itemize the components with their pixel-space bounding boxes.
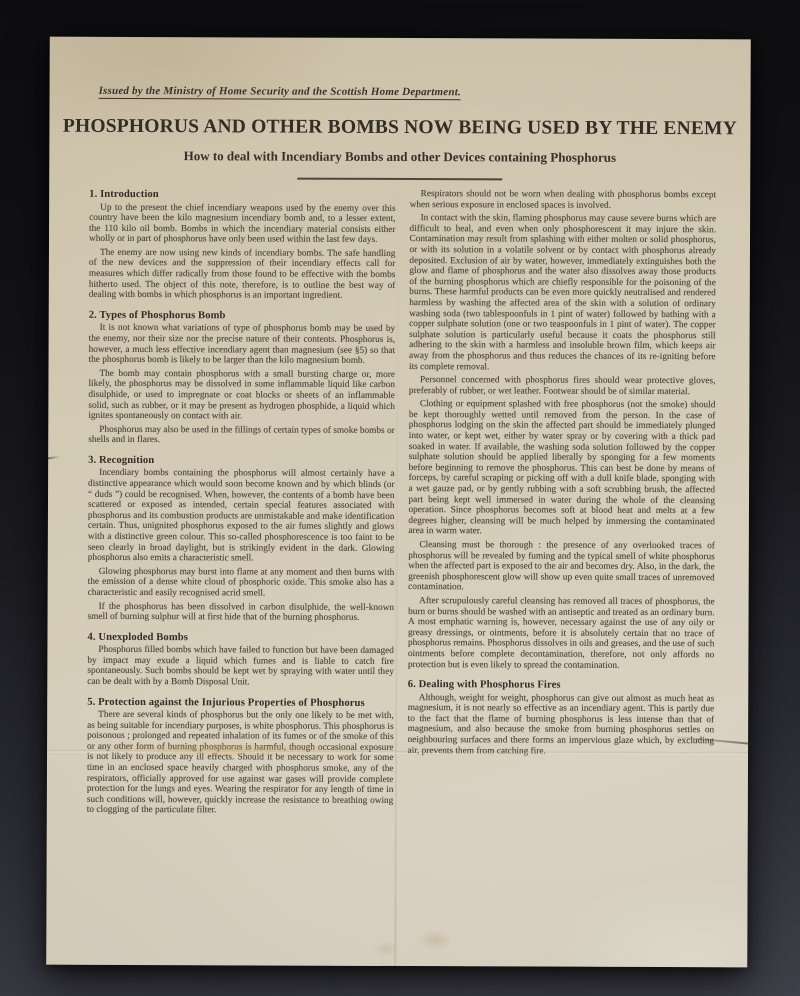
section-heading: 3. Recognition	[88, 455, 395, 467]
column-right: Respirators should not be worn when deal…	[407, 189, 716, 821]
body-paragraph: In contact with the skin, flaming phosph…	[409, 213, 716, 373]
body-paragraph: Personnel concerned with phosphorus fire…	[409, 375, 716, 397]
section-heading: 4. Unexploded Bombs	[87, 631, 394, 643]
body-paragraph: There are several kinds of phosphorus bu…	[87, 710, 394, 817]
body-paragraph: Incendiary bombs containing the phosphor…	[88, 468, 395, 565]
leaflet-subtitle: How to deal with Incendiary Bombs and ot…	[59, 148, 740, 167]
section-heading: 5. Protection against the Injurious Prop…	[87, 696, 394, 708]
body-paragraph: Glowing phosphorus may burst into flame …	[88, 567, 395, 600]
body-paragraph: The bomb may contain phosphorus with a s…	[88, 369, 395, 423]
body-paragraph: After scrupulously careful cleansing has…	[408, 596, 715, 671]
section-heading: 2. Types of Phosphorus Bomb	[89, 310, 396, 322]
photo-backdrop: Issued by the Ministry of Home Security …	[0, 0, 800, 996]
body-paragraph: The enemy are now using new kinds of inc…	[89, 248, 396, 302]
two-column-body: 1. IntroductionUp to the present the chi…	[47, 179, 750, 822]
column-left: 1. IntroductionUp to the present the chi…	[87, 188, 396, 820]
issuing-authority-line: Issued by the Ministry of Home Security …	[99, 85, 461, 100]
body-paragraph: If the phosphorus has been dissolved in …	[88, 601, 395, 623]
body-paragraph: Respirators should not be worn when deal…	[410, 189, 717, 211]
body-paragraph: Although, weight for weight, phosphorus …	[408, 693, 715, 758]
section-heading: 6. Dealing with Phosphorus Fires	[408, 679, 715, 691]
leaflet-title: PHOSPHORUS AND OTHER BOMBS NOW BEING USE…	[59, 116, 740, 141]
body-paragraph: Cleansing must be thorough : the presenc…	[408, 540, 715, 594]
body-paragraph: Phosphorus filled bombs which have faile…	[87, 645, 394, 689]
masthead-row: Issued by the Ministry of Home Security …	[50, 37, 751, 102]
body-paragraph: Clothing or equipment splashed with free…	[408, 399, 715, 538]
body-paragraph: Up to the present the chief incendiary w…	[89, 202, 396, 246]
body-paragraph: It is not known what variations of type …	[89, 323, 396, 367]
leaflet-paper: Issued by the Ministry of Home Security …	[46, 37, 751, 968]
section-heading: 1. Introduction	[89, 189, 396, 201]
body-paragraph: Phosphorus may also be used in the filli…	[88, 424, 395, 446]
